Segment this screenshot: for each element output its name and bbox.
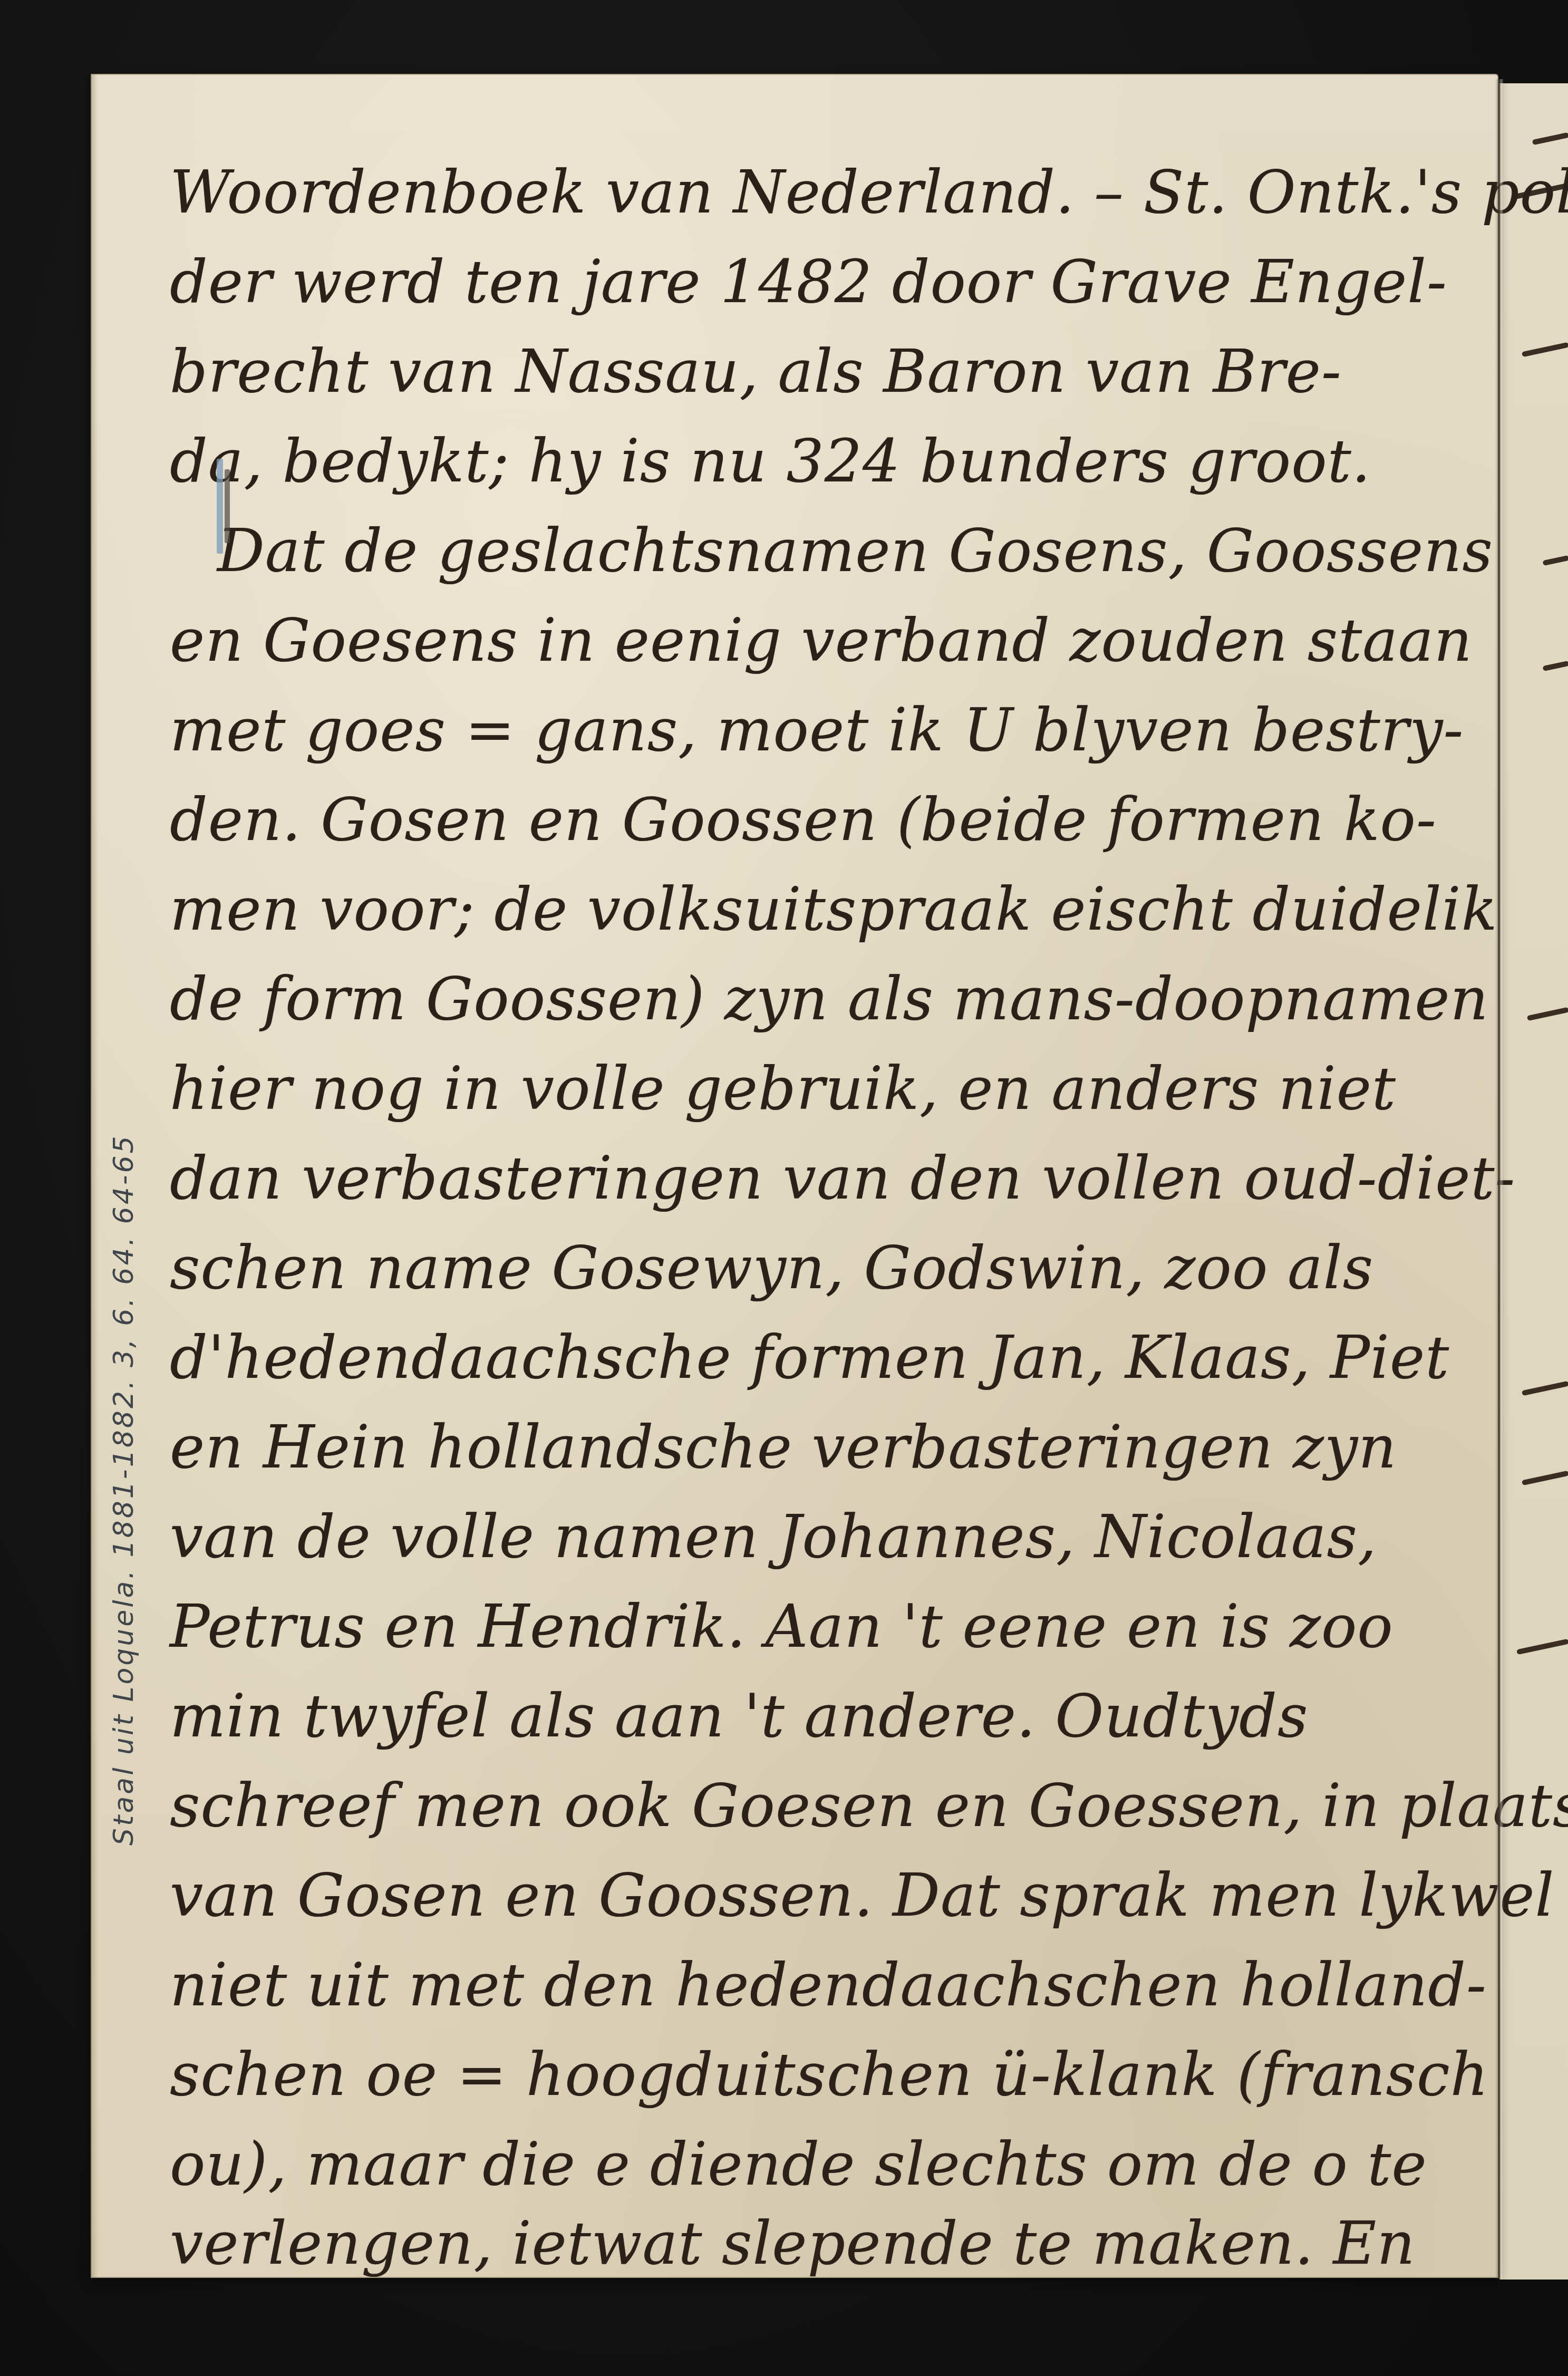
text-line-17: Petrus en Hendrik. Aan 't eene en is zoo [170, 1587, 1477, 1666]
text-line-1: Woordenboek van Nederland. – St. Ontk.'s… [170, 153, 1477, 232]
text-line-8: den. Gosen en Goossen (beide formen ko- [170, 780, 1477, 859]
text-line-13: schen name Gosewyn, Godswin, zoo als [170, 1229, 1477, 1308]
text-line-21: niet uit met den hedendaachschen holland… [170, 1946, 1477, 2025]
text-line-6: en Goesens in eenig verband zouden staan [170, 601, 1477, 680]
blue-pencil-paragraph-mark [217, 459, 223, 554]
manuscript-page: Woordenboek van Nederland. – St. Ontk.'s… [91, 74, 1498, 2278]
pencil-paragraph-mark [225, 469, 230, 543]
text-line-22: schen oe = hoogduitschen ü-klank (fransc… [170, 2035, 1477, 2114]
ink-stroke [1522, 342, 1568, 357]
text-line-23: ou), maar die e diende slechts om de o t… [170, 2125, 1477, 2204]
text-line-15: en Hein hollandsche verbasteringen zyn [170, 1408, 1477, 1487]
text-line-10: de form Goossen) zyn als mans-doopnamen [170, 960, 1477, 1039]
text-line-14: d'hedendaachsche formen Jan, Klaas, Piet [170, 1318, 1477, 1397]
ink-stroke [1543, 661, 1568, 671]
ink-stroke [1516, 1639, 1568, 1655]
page-fold-crease [1495, 79, 1504, 2279]
text-line-24: verlengen, ietwat slepende te maken. En [170, 2204, 1477, 2283]
text-line-7: met goes = gans, moet ik U blyven bestry… [170, 691, 1477, 770]
ink-stroke [1522, 1471, 1568, 1485]
text-line-18: min twyfel als aan 't andere. Oudtyds [170, 1677, 1477, 1756]
text-line-2: der werd ten jare 1482 door Grave Engel- [170, 243, 1477, 322]
ink-stroke [1532, 132, 1568, 145]
text-line-9: men voor; de volksuitspraak eischt duide… [170, 870, 1477, 949]
ink-stroke [1527, 1007, 1568, 1021]
text-line-12: dan verbasteringen van den vollen oud-di… [170, 1139, 1477, 1218]
text-line-5: Dat de geslachtsnamen Gosens, Goossens [217, 511, 1525, 591]
ink-stroke [1543, 555, 1568, 566]
text-line-20: van Gosen en Goossen. Dat sprak men lykw… [170, 1856, 1477, 1935]
text-line-3: brecht van Nassau, als Baron van Bre- [170, 332, 1477, 411]
text-line-16: van de volle namen Johannes, Nicolaas, [170, 1498, 1477, 1577]
margin-annotation: Staal uit Loquela. 1881-1882. 3, 6. 64. … [108, 1134, 140, 1846]
text-line-4: da, bedykt; hy is nu 324 bunders groot. [170, 422, 1477, 501]
text-line-11: hier nog in volle gebruik, en anders nie… [170, 1049, 1477, 1128]
text-line-19: schreef men ook Goesen en Goessen, in pl… [170, 1766, 1477, 1846]
ink-stroke [1522, 1381, 1568, 1396]
handwritten-text-body: Woordenboek van Nederland. – St. Ontk.'s… [91, 74, 1498, 2278]
